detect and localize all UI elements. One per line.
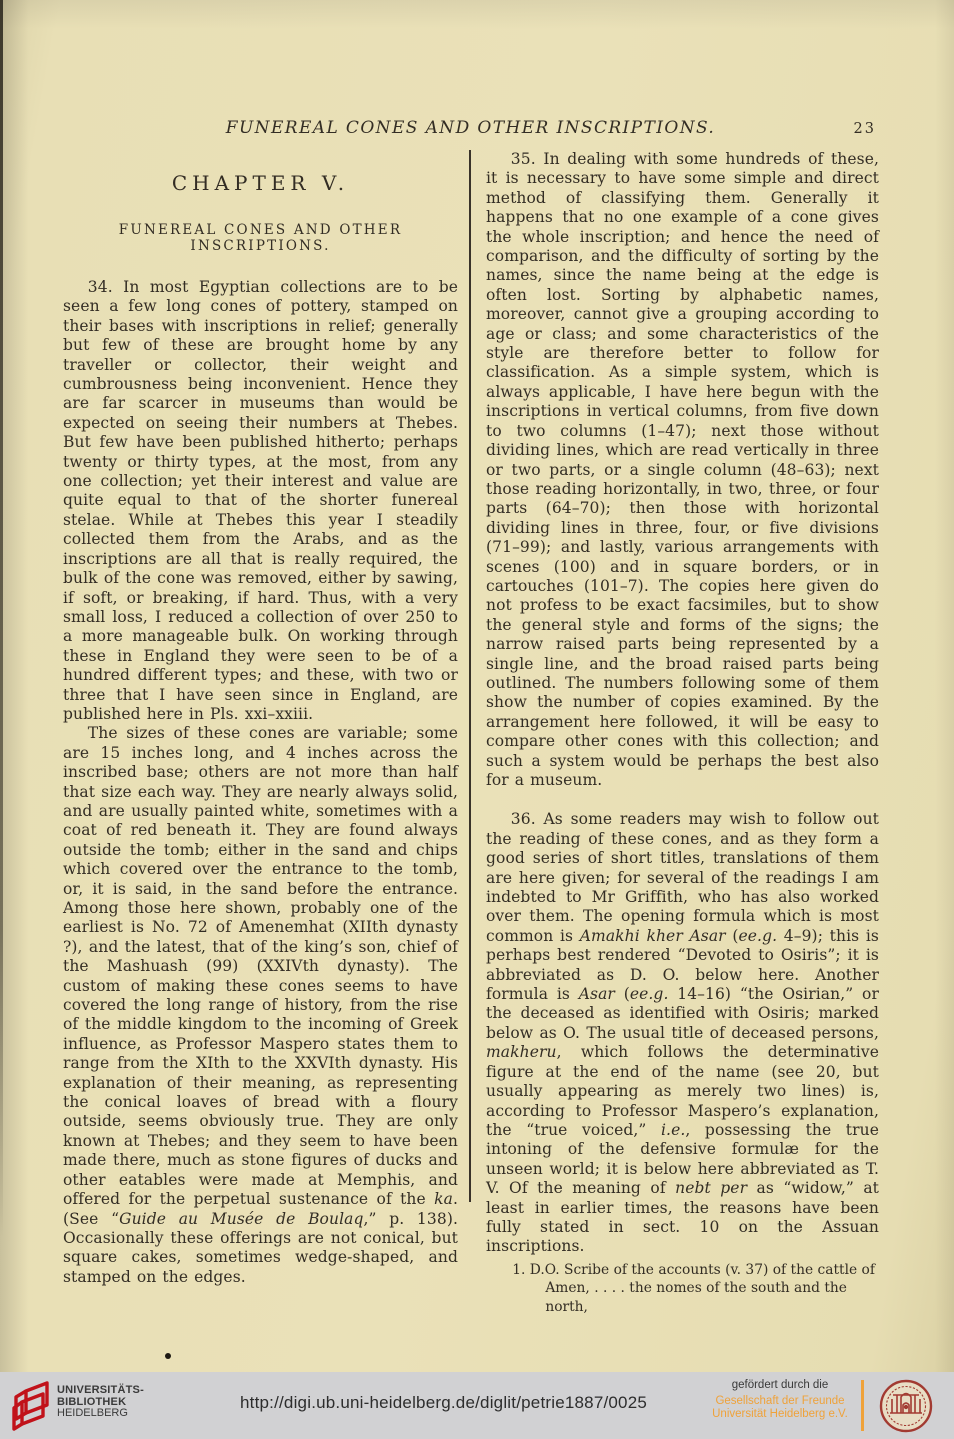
footnote-line: 1. D.O. Scribe of the accounts (v. 37) o…: [486, 1261, 879, 1280]
scanned-book-page: FUNEREAL CONES AND OTHER INSCRIPTIONS. 2…: [0, 0, 954, 1439]
column-divider-rule: [469, 150, 471, 1202]
university-seal-icon: [879, 1379, 933, 1433]
sponsor-name-line: Gesellschaft der Freunde: [700, 1395, 860, 1408]
sponsor-prefix: gefördert durch die: [700, 1379, 860, 1391]
left-column: CHAPTER V. FUNEREAL CONES AND OTHER INSC…: [63, 165, 458, 1287]
page-edge-shadow: [0, 0, 3, 1237]
library-name-line: UNIVERSITÄTS-: [57, 1385, 144, 1397]
footnote-line: Amen, . . . . the nomes of the south and…: [486, 1279, 879, 1316]
paragraph-36: 36. As some readers may wish to follow o…: [486, 810, 879, 1256]
library-footer-bar: UNIVERSITÄTS- BIBLIOTHEK HEIDELBERG http…: [0, 1372, 954, 1439]
footer-separator-line: [861, 1380, 864, 1431]
right-column: 35. In dealing with some hundreds of the…: [486, 150, 879, 1316]
chapter-title: CHAPTER V.: [63, 171, 458, 195]
page-number: 23: [854, 121, 876, 137]
paragraph-sizes: The sizes of these cones are variable; s…: [63, 724, 458, 1287]
sponsor-name-line: Universität Heidelberg e.V.: [700, 1408, 860, 1421]
library-name: UNIVERSITÄTS- BIBLIOTHEK HEIDELBERG: [57, 1385, 144, 1420]
footnote: 1. D.O. Scribe of the accounts (v. 37) o…: [486, 1261, 879, 1317]
digitization-url: http://digi.ub.uni-heidelberg.de/diglit/…: [240, 1393, 647, 1413]
sponsor-block: gefördert durch die Gesellschaft der Fre…: [700, 1379, 860, 1421]
ub-heidelberg-books-icon: [12, 1380, 50, 1432]
paragraph-34: 34. In most Egyptian collections are to …: [63, 278, 458, 724]
paragraph-35: 35. In dealing with some hundreds of the…: [486, 150, 879, 790]
library-name-line: HEIDELBERG: [57, 1408, 144, 1420]
running-title: FUNEREAL CONES AND OTHER INSCRIPTIONS.: [63, 118, 878, 138]
ink-speck: [165, 1353, 171, 1359]
chapter-subtitle: FUNEREAL CONES AND OTHER INSCRIPTIONS.: [63, 222, 458, 254]
running-header: FUNEREAL CONES AND OTHER INSCRIPTIONS. 2…: [63, 118, 878, 144]
